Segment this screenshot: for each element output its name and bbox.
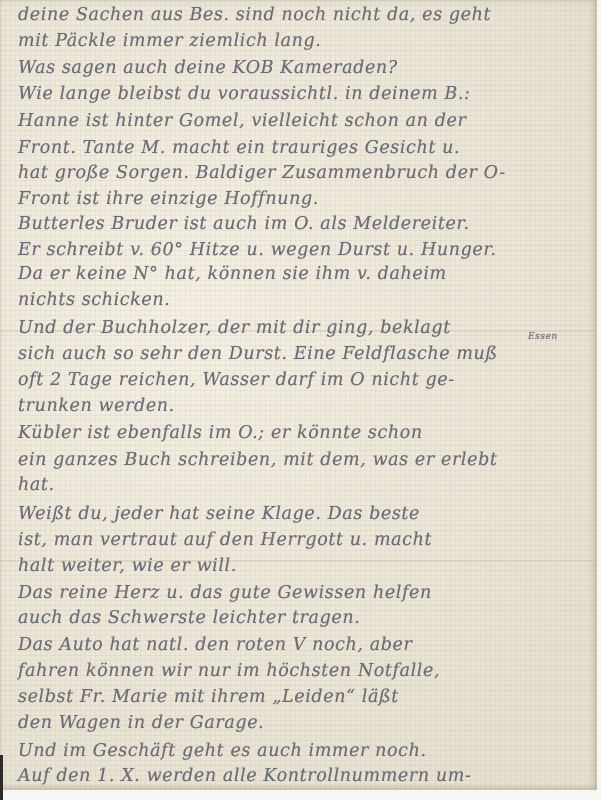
letter-line-17: Kübler ist ebenfalls im O.; er könnte sc… xyxy=(18,423,423,443)
letter-line-22: halt weiter, wie er will. xyxy=(18,556,237,576)
letter-line-18: ein ganzes Buch schreiben, mit dem, was … xyxy=(18,450,498,470)
letter-line-1: deine Sachen aus Bes. sind noch nicht da… xyxy=(18,5,491,25)
letter-line-26: fahren können wir nur im höchsten Notfal… xyxy=(18,661,440,681)
letter-line-30: Auf den 1. X. werden alle Kontrollnummer… xyxy=(18,766,471,786)
letter-line-28: den Wagen in der Garage. xyxy=(18,713,264,733)
letter-line-13: Und der Buchholzer, der mit dir ging, be… xyxy=(18,318,451,338)
letter-line-16: trunken werden. xyxy=(18,396,175,416)
letter-line-25: Das Auto hat natl. den roten V noch, abe… xyxy=(18,635,412,655)
letter-line-7: hat große Sorgen. Baldiger Zusammenbruch… xyxy=(18,163,506,183)
letter-line-2: mit Päckle immer ziemlich lang. xyxy=(18,31,321,51)
letter-line-3: Was sagen auch deine KOB Kameraden? xyxy=(18,58,398,78)
letter-line-8: Front ist ihre einzige Hoffnung. xyxy=(18,189,319,209)
letter-line-4: Wie lange bleibst du voraussichtl. in de… xyxy=(18,84,471,104)
letter-line-21: ist, man vertraut auf den Herrgott u. ma… xyxy=(18,530,432,550)
letter-line-11: Da er keine N° hat, können sie ihm v. da… xyxy=(18,264,447,284)
letter-line-12: nichts schicken. xyxy=(18,290,170,310)
letter-line-24: auch das Schwerste leichter tragen. xyxy=(18,608,360,628)
letter-line-23: Das reine Herz u. das gute Gewissen helf… xyxy=(18,583,432,603)
letter-line-15: oft 2 Tage reichen, Wasser darf im O nic… xyxy=(18,370,455,390)
letter-line-14: sich auch so sehr den Durst. Eine Feldfl… xyxy=(18,344,498,364)
letter-line-27: selbst Fr. Marie mit ihrem „Leiden“ läßt xyxy=(18,687,399,707)
letter-line-5: Hanne ist hinter Gomel, vielleicht schon… xyxy=(18,111,466,131)
scan-edge xyxy=(0,755,3,800)
letter-line-20: Weißt du, jeder hat seine Klage. Das bes… xyxy=(18,504,420,524)
letter-page: deine Sachen aus Bes. sind noch nicht da… xyxy=(0,0,597,790)
interlinear-insertion: Essen xyxy=(528,332,558,342)
letter-line-10: Er schreibt v. 60° Hitze u. wegen Durst … xyxy=(18,240,497,260)
letter-line-19: hat. xyxy=(18,475,55,495)
letter-line-29: Und im Geschäft geht es auch immer noch. xyxy=(18,741,427,761)
letter-line-6: Front. Tante M. macht ein trauriges Gesi… xyxy=(18,138,460,158)
letter-line-9: Butterles Bruder ist auch im O. als Meld… xyxy=(18,214,470,234)
